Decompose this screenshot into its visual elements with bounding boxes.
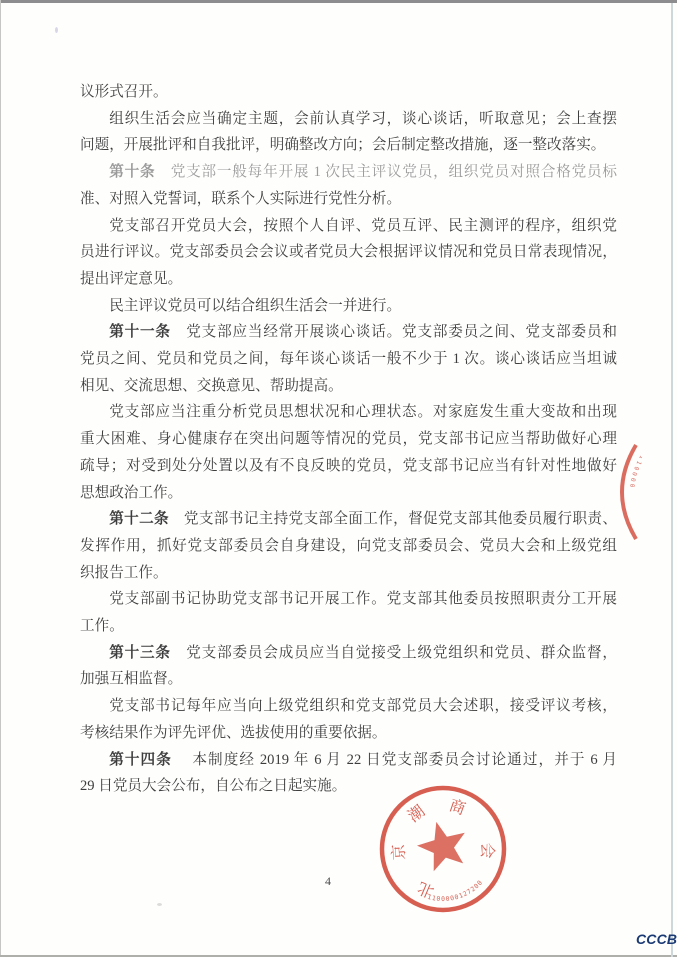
text-run: 提出评定意见。: [80, 271, 182, 287]
text-line: 第十四条 本制度经 2019 年 6 月 22 日党支部委员会讨论通过，并于 6…: [80, 747, 617, 774]
text-run: 考核结果作为评先评优、选拔使用的重要依据。: [80, 725, 386, 741]
paragraph: 党支部应当注重分析党员思想状况和心理状态。对家庭发生重大变故和出现重大困难、身心…: [80, 399, 617, 506]
official-seal: 北京潮商会 1100000127200: [377, 783, 509, 915]
scanned-page: 议形式召开。组织生活会应当确定主题，会前认真学习，谈心谈话，听取意见；会上查摆问…: [0, 0, 677, 957]
paragraph: 党支部召开党员大会，按照个人自评、党员互评、民主测评的程序，组织党员进行评议。党…: [80, 213, 617, 293]
paragraph: 第十一条 党支部应当经常开展谈心谈话。党支部委员之间、党支部委员和党员之间、党员…: [80, 319, 617, 399]
paragraph: 党支部书记每年应当向上级党组织和党支部党员大会述职，接受评议考核，考核结果作为评…: [80, 693, 617, 746]
text-run: 加强互相监督。: [80, 671, 182, 687]
article-heading: 第十二条: [109, 511, 169, 527]
text-run: 准、对照入党誓词，联系个人实际进行党性分析。: [80, 191, 401, 207]
text-run: 党员之间、党员和党员之间，每年谈心谈话一般不少于 1 次。谈心谈话应当坦诚: [80, 351, 617, 367]
scan-edge-left: [0, 0, 1, 957]
text-run: 发挥作用，抓好党支部委员会自身建设，向党支部委员会、党员大会和上级党组: [80, 538, 617, 554]
text-run: 工作。: [80, 618, 124, 634]
text-line: 党支部应当注重分析党员思想状况和心理状态。对家庭发生重大变故和出现: [80, 399, 617, 426]
text-line: 加强互相监督。: [80, 666, 617, 693]
paragraph: 第十四条 本制度经 2019 年 6 月 22 日党支部委员会讨论通过，并于 6…: [80, 747, 617, 800]
article-heading: 第十条: [109, 164, 155, 180]
paragraph: 党支部副书记协助党支部书记开展工作。党支部其他委员按照职责分工开展工作。: [80, 586, 617, 639]
text-line: 第十二条 党支部书记主持党支部全面工作，督促党支部其他委员履行职责、: [80, 506, 617, 533]
text-run: 29 日党员大会公布，自公布之日起实施。: [80, 778, 346, 794]
text-run: 思想政治工作。: [80, 485, 182, 501]
text-line: 议形式召开。: [80, 79, 617, 106]
text-line: 第十一条 党支部应当经常开展谈心谈话。党支部委员之间、党支部委员和: [80, 319, 617, 346]
text-run: 重大困难、身心健康存在突出问题等情况的党员，党支部书记应当帮助做好心理: [80, 431, 617, 447]
text-line: 发挥作用，抓好党支部委员会自身建设，向党支部委员会、党员大会和上级党组: [80, 533, 617, 560]
edge-seal-arc: [622, 445, 636, 539]
text-run: 党支部书记主持党支部全面工作，督促党支部其他委员履行职责、: [169, 511, 617, 527]
text-run: 党支部应当经常开展谈心谈话。党支部委员之间、党支部委员和: [171, 324, 617, 340]
text-run: 相见、交流思想、交换意见、帮助提高。: [80, 378, 343, 394]
text-line: 组织生活会应当确定主题，会前认真学习，谈心谈话，听取意见；会上查摆: [80, 106, 617, 133]
text-line: 党支部召开党员大会，按照个人自评、党员互评、民主测评的程序，组织党: [80, 213, 617, 240]
text-run: 疏导；对受到处分处置以及有不良反映的党员，党支部书记应当有针对性地做好: [80, 458, 617, 474]
text-line: 第十条 党支部一般每年开展 1 次民主评议党员，组织党员对照合格党员标: [80, 159, 617, 186]
text-line: 准、对照入党誓词，联系个人实际进行党性分析。: [80, 186, 617, 213]
paragraph: 第十二条 党支部书记主持党支部全面工作，督促党支部其他委员履行职责、发挥作用，抓…: [80, 506, 617, 586]
scan-smudge: [157, 903, 162, 906]
paragraph: 议形式召开。: [80, 79, 617, 106]
paragraph: 第十条 党支部一般每年开展 1 次民主评议党员，组织党员对照合格党员标准、对照入…: [80, 159, 617, 212]
text-line: 问题，开展批评和自我批评，明确整改方向；会后制定整改措施，逐一整改落实。: [80, 132, 617, 159]
text-line: 党支部书记每年应当向上级党组织和党支部党员大会述职，接受评议考核，: [80, 693, 617, 720]
article-heading: 第十三条: [109, 645, 171, 661]
edge-seal-fragment: 110000: [608, 443, 642, 541]
text-line: 员进行评议。党支部委员会会议或者党员大会根据评议情况和党员日常表现情况，: [80, 239, 617, 266]
article-heading: 第十四条: [109, 752, 172, 768]
text-run: 问题，开展批评和自我批评，明确整改方向；会后制定整改措施，逐一整改落实。: [80, 137, 605, 153]
text-run: 党支部委员会成员应当自觉接受上级党组织和党员、群众监督，: [171, 645, 617, 661]
paragraph: 组织生活会应当确定主题，会前认真学习，谈心谈话，听取意见；会上查摆问题，开展批评…: [80, 106, 617, 159]
text-line: 民主评议党员可以结合组织生活会一并进行。: [80, 293, 617, 320]
svg-text:商: 商: [447, 796, 468, 818]
text-run: 织报告工作。: [80, 565, 168, 581]
svg-text:潮: 潮: [405, 802, 429, 826]
document-body: 议形式召开。组织生活会应当确定主题，会前认真学习，谈心谈话，听取意见；会上查摆问…: [80, 79, 617, 800]
scan-fold-line: [671, 3, 673, 957]
svg-text:京: 京: [390, 843, 409, 860]
text-line: 思想政治工作。: [80, 480, 617, 507]
text-run: 议形式召开。: [80, 84, 168, 100]
text-run: 党支部书记每年应当向上级党组织和党支部党员大会述职，接受评议考核，: [109, 698, 617, 714]
text-line: 疏导；对受到处分处置以及有不良反映的党员，党支部书记应当有针对性地做好: [80, 453, 617, 480]
text-run: 党支部副书记协助党支部书记开展工作。党支部其他委员按照职责分工开展: [109, 591, 617, 607]
text-line: 29 日党员大会公布，自公布之日起实施。: [80, 773, 617, 800]
text-line: 相见、交流思想、交换意见、帮助提高。: [80, 373, 617, 400]
text-line: 提出评定意见。: [80, 266, 617, 293]
scan-smudge: [55, 27, 58, 33]
text-run: 员进行评议。党支部委员会会议或者党员大会根据评议情况和党员日常表现情况，: [80, 244, 617, 260]
text-run: 组织生活会应当确定主题，会前认真学习，谈心谈话，听取意见；会上查摆: [109, 111, 617, 127]
text-run: 党支部召开党员大会，按照个人自评、党员互评、民主测评的程序，组织党: [109, 218, 617, 234]
paragraph: 民主评议党员可以结合组织生活会一并进行。: [80, 293, 617, 320]
text-line: 考核结果作为评先评优、选拔使用的重要依据。: [80, 720, 617, 747]
article-heading: 第十一条: [109, 324, 171, 340]
cccb-logo: CCCB: [636, 931, 677, 947]
paragraph: 第十三条 党支部委员会成员应当自觉接受上级党组织和党员、群众监督，加强互相监督。: [80, 640, 617, 693]
text-run: 民主评议党员可以结合组织生活会一并进行。: [109, 298, 401, 314]
text-line: 织报告工作。: [80, 560, 617, 587]
text-line: 党支部副书记协助党支部书记开展工作。党支部其他委员按照职责分工开展: [80, 586, 617, 613]
star-icon: [417, 822, 465, 871]
page-number: 4: [318, 874, 338, 889]
text-run: 党支部一般每年开展 1 次民主评议党员，组织党员对照合格党员标: [155, 164, 617, 180]
text-line: 党员之间、党员和党员之间，每年谈心谈话一般不少于 1 次。谈心谈话应当坦诚: [80, 346, 617, 373]
scan-edge-top: [0, 0, 677, 3]
svg-text:会: 会: [478, 842, 497, 859]
text-run: 本制度经 2019 年 6 月 22 日党支部委员会讨论通过，并于 6 月: [172, 752, 617, 768]
text-run: 党支部应当注重分析党员思想状况和心理状态。对家庭发生重大变故和出现: [109, 404, 617, 420]
text-line: 第十三条 党支部委员会成员应当自觉接受上级党组织和党员、群众监督，: [80, 640, 617, 667]
text-line: 工作。: [80, 613, 617, 640]
text-line: 重大困难、身心健康存在突出问题等情况的党员，党支部书记应当帮助做好心理: [80, 426, 617, 453]
